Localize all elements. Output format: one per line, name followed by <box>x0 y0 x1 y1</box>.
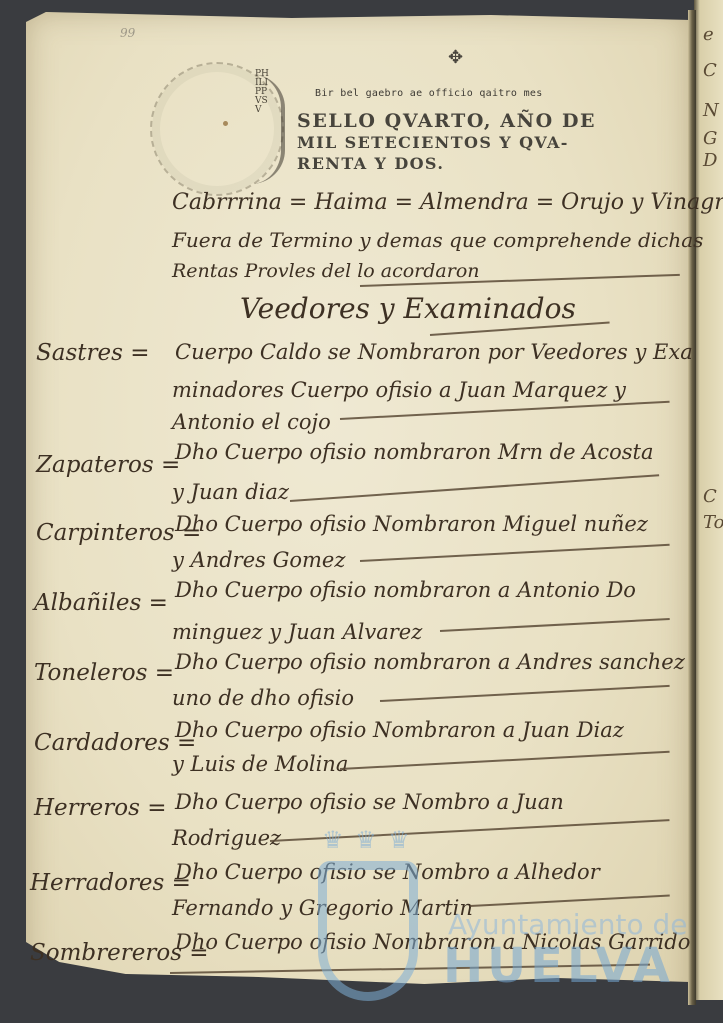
seal-legend: PHILIPPVS V <box>255 70 269 115</box>
adjacent-page-scrawl: C <box>703 60 717 81</box>
entry-line: uno de dho ofisio <box>172 686 354 710</box>
entry-line: Dho Cuerpo ofisio Nombraron a Nicolas Ga… <box>175 930 690 954</box>
adjacent-page-scrawl: N <box>703 100 719 121</box>
stamp-line-2: MIL SETECIENTOS Y QVA- <box>297 133 569 152</box>
entry-line: y Juan diaz <box>172 480 289 504</box>
margin-trade-name: Sastres = <box>36 340 150 366</box>
adjacent-page-scrawl: C <box>703 486 717 507</box>
section-title: Veedores y Examinados <box>240 292 576 325</box>
entry-line: Fernando y Gregorio Martin <box>172 896 473 920</box>
margin-trade-name: Herreros = <box>34 795 167 821</box>
margin-trade-name: Herradores = <box>30 870 191 896</box>
adjacent-page-scrawl: D <box>703 150 717 171</box>
adjacent-page-scrawl: To <box>703 512 723 533</box>
entry-line: Dho Cuerpo ofisio nombraron a Antonio Do <box>175 578 636 602</box>
adjacent-page-scrawl: e <box>703 24 714 45</box>
entry-line: y Andres Gomez <box>172 548 345 572</box>
folio-mark: 99 <box>120 26 135 40</box>
ink-blot <box>223 121 228 126</box>
entry-line: Dho Cuerpo ofisio nombraron a Andres san… <box>175 650 685 674</box>
entry-line: Dho Cuerpo ofisio Nombraron a Juan Diaz <box>175 718 624 742</box>
cross-ornament-icon: ✥ <box>448 47 463 68</box>
entry-line: Rodriguez <box>172 826 281 850</box>
page-gutter <box>688 10 696 1005</box>
heading-line: Cabrrrina = Haima = Almendra = Orujo y V… <box>172 190 723 215</box>
entry-line: Dho Cuerpo ofisio se Nombro a Alhedor <box>175 860 600 884</box>
stamp-line-1: SELLO QVARTO, AÑO DE <box>297 110 596 132</box>
heading-line: Rentas Provles del lo acordaron <box>172 260 480 282</box>
entry-line: Dho Cuerpo ofisio nombraron Mrn de Acost… <box>175 440 654 464</box>
margin-trade-name: Toneleros = <box>34 660 174 686</box>
stamp-validity-line: Bir bel gaebro ae officio qaitro mes <box>315 88 543 99</box>
margin-trade-name: Zapateros = <box>36 452 180 478</box>
entry-line: minguez y Juan Alvarez <box>172 620 422 644</box>
entry-line: minadores Cuerpo ofisio a Juan Marquez y <box>172 378 626 402</box>
entry-line: Dho Cuerpo ofisio se Nombro a Juan <box>175 790 564 814</box>
adjacent-page-scrawl: G <box>703 128 717 149</box>
entry-line: y Luis de Molina <box>172 752 348 776</box>
entry-line: Cuerpo Caldo se Nombraron por Veedores y… <box>175 340 693 364</box>
entry-line: Dho Cuerpo ofisio Nombraron Miguel nuñez <box>175 512 648 536</box>
margin-trade-name: Albañiles = <box>34 590 168 616</box>
stamp-line-3: RENTA Y DOS. <box>297 154 444 173</box>
entry-line: Antonio el cojo <box>172 410 331 434</box>
heading-line: Fuera de Termino y demas que comprehende… <box>172 228 703 252</box>
